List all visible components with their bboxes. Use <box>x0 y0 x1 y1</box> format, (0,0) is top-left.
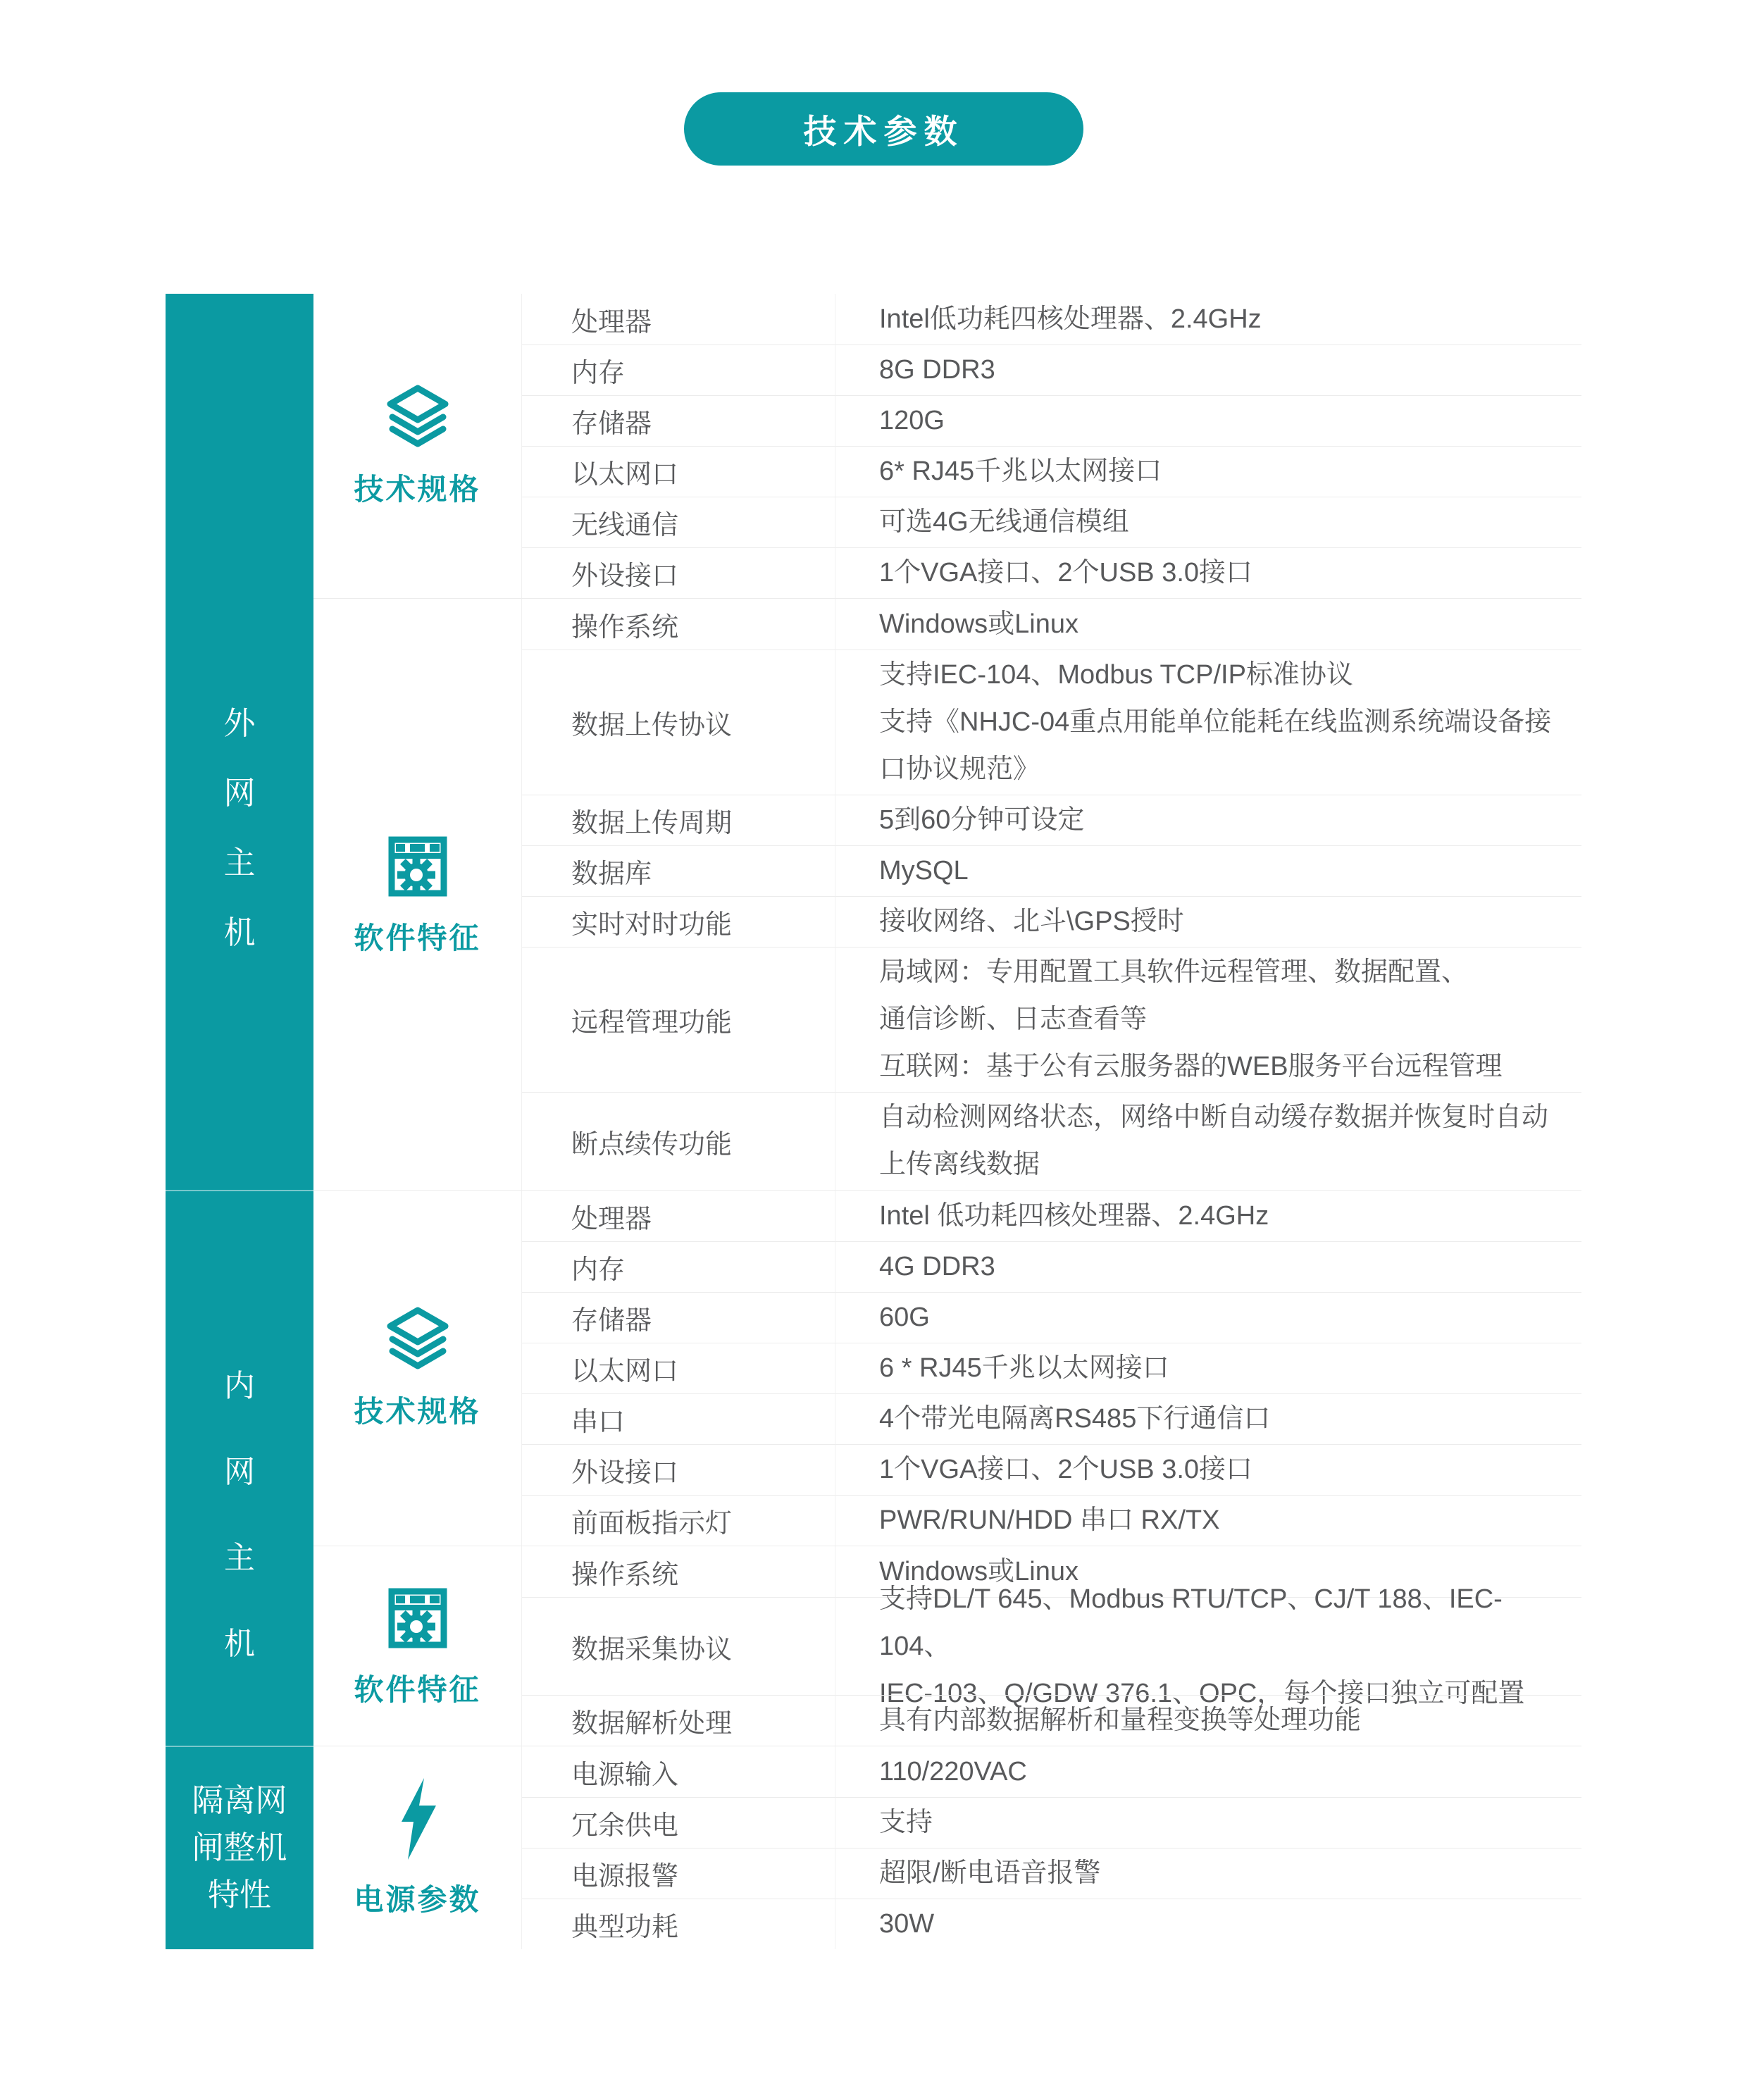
spec-label: 无线通信 <box>522 497 835 547</box>
spec-row: 内存8G DDR3 <box>522 344 1581 395</box>
page: 技术参数 外网主机技术规格处理器Intel低功耗四核处理器、2.4GHz内存8G… <box>0 0 1747 2100</box>
spec-label: 典型功耗 <box>522 1899 835 1949</box>
spec-label-text: 操作系统 <box>571 605 678 644</box>
spec-row: 以太网口6 * RJ45千兆以太网接口 <box>522 1343 1581 1393</box>
spec-label: 断点续传功能 <box>522 1092 835 1190</box>
title-badge-label: 技术参数 <box>804 106 964 153</box>
group-rows: 电源输入110/220VAC冗余供电支持电源报警超限/断电语音报警典型功耗30W <box>522 1746 1581 1949</box>
spec-value-text: MySQL <box>879 847 969 895</box>
spec-value-text: 支持IEC-104、Modbus TCP/IP标准协议 支持《NHJC-04重点… <box>879 652 1551 793</box>
section-content: 技术规格处理器Intel低功耗四核处理器、2.4GHz内存8G DDR3存储器1… <box>313 294 1581 1190</box>
spec-value-text: PWR/RUN/HDD 串口 RX/TX <box>879 1497 1219 1544</box>
spec-label: 处理器 <box>522 294 835 344</box>
side-label-line: 网 <box>224 1446 255 1491</box>
spec-row: 数据上传协议支持IEC-104、Modbus TCP/IP标准协议 支持《NHJ… <box>522 650 1581 795</box>
spec-value: 120G <box>835 395 1581 446</box>
group-rows: 操作系统Windows或Linux数据上传协议支持IEC-104、Modbus … <box>522 599 1581 1190</box>
spec-label-text: 数据采集协议 <box>571 1627 732 1666</box>
layers-icon <box>383 1305 453 1373</box>
side-label-line: 外 <box>223 697 255 743</box>
spec-value: 具有内部数据解析和量程变换等处理功能 <box>835 1695 1581 1746</box>
spec-label: 数据上传协议 <box>522 650 835 795</box>
spec-label-text: 冗余供电 <box>571 1803 678 1842</box>
spec-value-text: 具有内部数据解析和量程变换等处理功能 <box>879 1697 1361 1744</box>
spec-label: 数据上传周期 <box>522 795 835 845</box>
spec-value: 6 * RJ45千兆以太网接口 <box>835 1343 1581 1393</box>
side-label-line: 机 <box>224 1618 255 1663</box>
spec-label-text: 外设接口 <box>571 1450 678 1489</box>
spec-label: 操作系统 <box>522 599 835 650</box>
spec-label-text: 数据解析处理 <box>571 1701 732 1740</box>
spec-row: 电源输入110/220VAC <box>522 1746 1581 1797</box>
spec-row: 数据库MySQL <box>522 845 1581 896</box>
spec-row: 以太网口6* RJ45千兆以太网接口 <box>522 446 1581 497</box>
spec-label-text: 断点续传功能 <box>571 1122 732 1161</box>
spec-value-text: 可选4G无线通信模组 <box>879 499 1129 546</box>
side-label-line: 内 <box>224 1360 255 1405</box>
section-side-label: 隔离网闸整机特性 <box>166 1746 313 1949</box>
spec-value-text: 120G <box>879 397 945 445</box>
spec-value-text: 支持 <box>879 1799 933 1846</box>
group-rows: 处理器Intel低功耗四核处理器、2.4GHz内存8G DDR3存储器120G以… <box>522 294 1581 598</box>
section-content: 电源参数电源输入110/220VAC冗余供电支持电源报警超限/断电语音报警典型功… <box>313 1746 1581 1949</box>
spec-label-text: 远程管理功能 <box>571 1000 732 1039</box>
spec-group: 技术规格处理器Intel低功耗四核处理器、2.4GHz内存8G DDR3存储器1… <box>313 294 1581 598</box>
section: 外网主机技术规格处理器Intel低功耗四核处理器、2.4GHz内存8G DDR3… <box>166 294 1581 1190</box>
spec-value: Intel低功耗四核处理器、2.4GHz <box>835 294 1581 344</box>
spec-value: 30W <box>835 1899 1581 1949</box>
group-rows: 处理器Intel 低功耗四核处理器、2.4GHz内存4G DDR3存储器60G以… <box>522 1191 1581 1546</box>
spec-value: PWR/RUN/HDD 串口 RX/TX <box>835 1495 1581 1546</box>
group-rows: 操作系统Windows或Linux数据采集协议支持DL/T 645、Modbus… <box>522 1546 1581 1746</box>
spec-value-text: 自动检测网络状态，网络中断自动缓存数据并恢复时自动 上传离线数据 <box>879 1094 1548 1188</box>
spec-value: 局域网：专用配置工具软件远程管理、数据配置、 通信诊断、日志查看等 互联网：基于… <box>835 947 1581 1092</box>
spec-label-text: 处理器 <box>571 300 652 339</box>
spec-value: Windows或Linux <box>835 599 1581 650</box>
spec-row: 无线通信可选4G无线通信模组 <box>522 497 1581 547</box>
spec-label: 数据采集协议 <box>522 1597 835 1695</box>
spec-label: 实时对时功能 <box>522 896 835 947</box>
spec-group: 软件特征操作系统Windows或Linux数据上传协议支持IEC-104、Mod… <box>313 598 1581 1190</box>
section: 隔离网闸整机特性电源参数电源输入110/220VAC冗余供电支持电源报警超限/断… <box>166 1746 1581 1949</box>
spec-value: 5到60分钟可设定 <box>835 795 1581 845</box>
app-window-gear-icon <box>385 832 450 900</box>
group-label: 软件特征 <box>354 915 480 957</box>
spec-row: 操作系统Windows或Linux <box>522 599 1581 650</box>
spec-label: 数据解析处理 <box>522 1695 835 1746</box>
spec-label: 串口 <box>522 1393 835 1444</box>
spec-label: 前面板指示灯 <box>522 1495 835 1546</box>
spec-row: 电源报警超限/断电语音报警 <box>522 1848 1581 1899</box>
spec-label: 内存 <box>522 344 835 395</box>
group-icon-cell: 软件特征 <box>313 599 522 1190</box>
spec-value-text: 5到60分钟可设定 <box>879 797 1084 844</box>
title-badge: 技术参数 <box>684 92 1083 166</box>
spec-value-text: 60G <box>879 1294 930 1341</box>
spec-row: 数据上传周期5到60分钟可设定 <box>522 795 1581 845</box>
spec-row: 处理器Intel 低功耗四核处理器、2.4GHz <box>522 1191 1581 1241</box>
spec-label: 处理器 <box>522 1191 835 1241</box>
spec-value: 1个VGA接口、2个USB 3.0接口 <box>835 1444 1581 1495</box>
section-side: 隔离网闸整机特性 <box>166 1746 313 1949</box>
spec-label: 存储器 <box>522 395 835 446</box>
section-side: 外网主机 <box>166 294 313 1190</box>
spec-label: 内存 <box>522 1241 835 1292</box>
side-label-line: 特性 <box>208 1871 271 1918</box>
spec-label: 冗余供电 <box>522 1797 835 1848</box>
spec-value-text: 4G DDR3 <box>879 1243 995 1291</box>
spec-label: 操作系统 <box>522 1546 835 1597</box>
side-label-line: 闸整机 <box>192 1824 287 1871</box>
group-icon-cell: 技术规格 <box>313 1191 522 1546</box>
spec-value: 可选4G无线通信模组 <box>835 497 1581 547</box>
spec-row: 外设接口1个VGA接口、2个USB 3.0接口 <box>522 547 1581 598</box>
section-side-label: 内网主机 <box>166 1360 313 1663</box>
spec-label: 存储器 <box>522 1292 835 1343</box>
layers-icon <box>383 383 453 451</box>
spec-group: 软件特征操作系统Windows或Linux数据采集协议支持DL/T 645、Mo… <box>313 1546 1581 1746</box>
spec-value: 超限/断电语音报警 <box>835 1848 1581 1899</box>
spec-value-text: 6 * RJ45千兆以太网接口 <box>879 1345 1169 1392</box>
spec-row: 内存4G DDR3 <box>522 1241 1581 1292</box>
spec-row: 断点续传功能自动检测网络状态，网络中断自动缓存数据并恢复时自动 上传离线数据 <box>522 1092 1581 1190</box>
spec-row: 存储器60G <box>522 1292 1581 1343</box>
spec-label-text: 内存 <box>571 351 625 390</box>
spec-value-text: Intel低功耗四核处理器、2.4GHz <box>879 296 1262 343</box>
spec-label-text: 处理器 <box>571 1197 652 1236</box>
spec-label-text: 电源输入 <box>571 1753 678 1791</box>
spec-value: 支持DL/T 645、Modbus RTU/TCP、CJ/T 188、IEC-1… <box>835 1597 1581 1695</box>
side-label-line: 主 <box>224 1532 255 1577</box>
spec-label-text: 实时对时功能 <box>571 902 732 941</box>
spec-label: 外设接口 <box>522 1444 835 1495</box>
spec-label-text: 前面板指示灯 <box>571 1501 732 1540</box>
spec-value-text: 30W <box>879 1901 934 1948</box>
spec-label-text: 操作系统 <box>571 1553 678 1591</box>
group-icon-cell: 电源参数 <box>313 1746 522 1949</box>
spec-value-text: 110/220VAC <box>879 1748 1027 1796</box>
spec-label: 电源报警 <box>522 1848 835 1899</box>
spec-label-text: 数据库 <box>571 852 652 890</box>
spec-label-text: 以太网口 <box>571 1349 678 1388</box>
spec-value-text: 局域网：专用配置工具软件远程管理、数据配置、 通信诊断、日志查看等 互联网：基于… <box>879 949 1503 1091</box>
group-label: 技术规格 <box>354 1388 480 1431</box>
spec-value-text: 超限/断电语音报警 <box>879 1850 1101 1897</box>
side-label-line: 网 <box>223 767 255 813</box>
spec-group: 电源参数电源输入110/220VAC冗余供电支持电源报警超限/断电语音报警典型功… <box>313 1746 1581 1949</box>
spec-label-text: 内存 <box>571 1248 625 1286</box>
spec-row: 数据解析处理具有内部数据解析和量程变换等处理功能 <box>522 1695 1581 1746</box>
spec-label: 数据库 <box>522 845 835 896</box>
app-window-gear-icon <box>385 1584 450 1651</box>
section-content: 技术规格处理器Intel 低功耗四核处理器、2.4GHz内存4G DDR3存储器… <box>313 1190 1581 1746</box>
spec-row: 典型功耗30W <box>522 1899 1581 1949</box>
spec-row: 存储器120G <box>522 395 1581 446</box>
spec-row: 外设接口1个VGA接口、2个USB 3.0接口 <box>522 1444 1581 1495</box>
spec-value: 6* RJ45千兆以太网接口 <box>835 446 1581 497</box>
spec-value: 4G DDR3 <box>835 1241 1581 1292</box>
group-icon-cell: 技术规格 <box>313 294 522 598</box>
spec-value-text: 1个VGA接口、2个USB 3.0接口 <box>879 549 1252 597</box>
spec-value-text: Windows或Linux <box>879 601 1078 648</box>
side-label-line: 主 <box>223 837 255 883</box>
spec-label-text: 无线通信 <box>571 503 678 542</box>
spec-row: 串口4个带光电隔离RS485下行通信口 <box>522 1393 1581 1444</box>
group-label: 技术规格 <box>354 466 480 509</box>
spec-value: MySQL <box>835 845 1581 896</box>
spec-label: 以太网口 <box>522 446 835 497</box>
spec-value-text: 接收网络、北斗\GPS授时 <box>879 898 1184 945</box>
lightning-bolt-icon <box>396 1777 440 1861</box>
spec-value-text: Intel 低功耗四核处理器、2.4GHz <box>879 1193 1269 1240</box>
side-label-line: 机 <box>223 907 255 952</box>
spec-label-text: 以太网口 <box>571 452 678 491</box>
spec-row: 前面板指示灯PWR/RUN/HDD 串口 RX/TX <box>522 1495 1581 1546</box>
spec-value-text: 4个带光电隔离RS485下行通信口 <box>879 1396 1270 1443</box>
spec-label-text: 外设接口 <box>571 554 678 592</box>
spec-value: 60G <box>835 1292 1581 1343</box>
spec-label-text: 电源报警 <box>571 1854 678 1893</box>
spec-label-text: 数据上传协议 <box>571 703 732 742</box>
spec-label: 外设接口 <box>522 547 835 598</box>
group-label: 电源参数 <box>354 1877 480 1919</box>
spec-value: 支持IEC-104、Modbus TCP/IP标准协议 支持《NHJC-04重点… <box>835 650 1581 795</box>
spec-group: 技术规格处理器Intel 低功耗四核处理器、2.4GHz内存4G DDR3存储器… <box>313 1191 1581 1546</box>
section: 内网主机技术规格处理器Intel 低功耗四核处理器、2.4GHz内存4G DDR… <box>166 1190 1581 1746</box>
spec-label: 远程管理功能 <box>522 947 835 1092</box>
spec-value: 接收网络、北斗\GPS授时 <box>835 896 1581 947</box>
spec-label-text: 串口 <box>571 1400 625 1439</box>
spec-table: 外网主机技术规格处理器Intel低功耗四核处理器、2.4GHz内存8G DDR3… <box>166 294 1581 1949</box>
spec-value: 自动检测网络状态，网络中断自动缓存数据并恢复时自动 上传离线数据 <box>835 1092 1581 1190</box>
side-label-line: 隔离网 <box>192 1777 287 1824</box>
spec-label-text: 数据上传周期 <box>571 801 732 840</box>
spec-label: 以太网口 <box>522 1343 835 1393</box>
spec-label-text: 存储器 <box>571 402 652 440</box>
spec-value: 8G DDR3 <box>835 344 1581 395</box>
spec-value-text: 1个VGA接口、2个USB 3.0接口 <box>879 1446 1252 1493</box>
spec-label: 电源输入 <box>522 1746 835 1797</box>
group-label: 软件特征 <box>354 1667 480 1709</box>
spec-value: 4个带光电隔离RS485下行通信口 <box>835 1393 1581 1444</box>
spec-value-text: 8G DDR3 <box>879 347 995 394</box>
spec-row: 数据采集协议支持DL/T 645、Modbus RTU/TCP、CJ/T 188… <box>522 1597 1581 1695</box>
spec-row: 远程管理功能局域网：专用配置工具软件远程管理、数据配置、 通信诊断、日志查看等 … <box>522 947 1581 1092</box>
group-icon-cell: 软件特征 <box>313 1546 522 1746</box>
spec-value: Intel 低功耗四核处理器、2.4GHz <box>835 1191 1581 1241</box>
section-side-label: 外网主机 <box>166 697 313 952</box>
spec-row: 处理器Intel低功耗四核处理器、2.4GHz <box>522 294 1581 344</box>
section-side: 内网主机 <box>166 1190 313 1746</box>
spec-row: 冗余供电支持 <box>522 1797 1581 1848</box>
spec-row: 实时对时功能接收网络、北斗\GPS授时 <box>522 896 1581 947</box>
spec-label-text: 典型功耗 <box>571 1905 678 1944</box>
spec-value-text: 6* RJ45千兆以太网接口 <box>879 448 1162 495</box>
spec-label-text: 存储器 <box>571 1298 652 1337</box>
spec-value: 1个VGA接口、2个USB 3.0接口 <box>835 547 1581 598</box>
spec-value: 支持 <box>835 1797 1581 1848</box>
spec-value: 110/220VAC <box>835 1746 1581 1797</box>
